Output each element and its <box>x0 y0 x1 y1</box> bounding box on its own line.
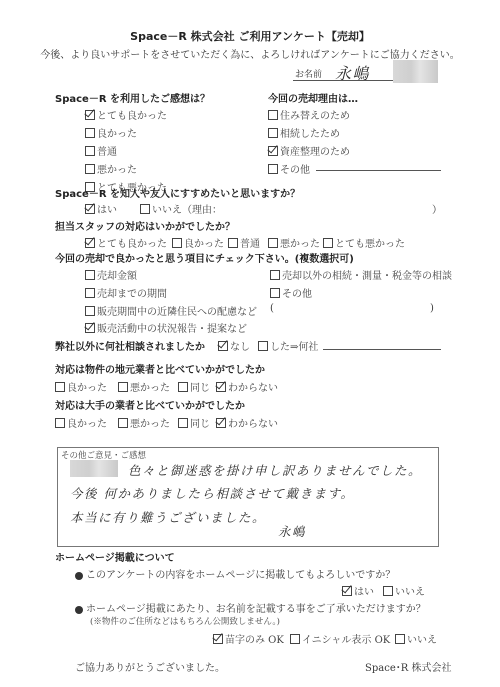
checkbox-icon[interactable] <box>323 238 333 248</box>
q2-option-2[interactable]: 資産整理のため <box>268 143 350 158</box>
checkbox-icon[interactable] <box>228 238 238 248</box>
checkbox-icon[interactable] <box>268 164 278 174</box>
homepage-q2-label: ホームページ掲載にあたり、お名前を記載する事をご了承いただけますか？ <box>75 600 426 615</box>
q5-option-1[interactable]: 売却までの期間 <box>85 285 167 300</box>
homepage-q2-option-no[interactable]: いいえ <box>395 631 437 646</box>
q7-option-3[interactable]: わからない <box>216 379 278 394</box>
checkbox-icon[interactable] <box>172 238 182 248</box>
comment-line-1: 色々と御迷惑を掛け申し訳ありませんでした。 <box>128 461 422 479</box>
checkbox-checked-icon[interactable] <box>85 204 95 214</box>
q5-option-0[interactable]: 売却金額 <box>85 267 137 282</box>
q7-option-0[interactable]: 良かった <box>55 379 107 394</box>
checkbox-icon[interactable] <box>258 341 268 351</box>
checkbox-icon[interactable] <box>178 382 188 392</box>
footer-thanks: ご協力ありがとうございました。 <box>75 659 225 674</box>
q1-option-2[interactable]: 普通 <box>85 143 117 158</box>
checkbox-icon[interactable] <box>85 270 95 280</box>
q4-option-1[interactable]: 良かった <box>172 235 224 250</box>
q7-option-2[interactable]: 同じ <box>178 379 210 394</box>
q5-option-2[interactable]: 販売期間中の近隣住民への配慮など <box>85 303 257 318</box>
q3-option-yes[interactable]: はい <box>85 201 117 216</box>
checkbox-icon[interactable] <box>268 128 278 138</box>
checkbox-icon[interactable] <box>268 238 278 248</box>
redacted-name <box>70 460 118 477</box>
q4-label: 担当スタッフの対応はいかがでしたか？ <box>55 218 235 233</box>
q4-option-0[interactable]: とても良かった <box>85 235 167 250</box>
homepage-heading: ホームページ掲載について <box>55 549 175 564</box>
q2-other-field[interactable] <box>316 170 441 171</box>
checkbox-icon[interactable] <box>290 634 300 644</box>
checkbox-checked-icon[interactable] <box>85 110 95 120</box>
q2-option-0[interactable]: 住み替えのため <box>268 107 350 122</box>
checkbox-checked-icon[interactable] <box>85 323 95 333</box>
q3-close-paren: ） <box>432 201 442 216</box>
checkbox-icon[interactable] <box>85 146 95 156</box>
homepage-q1-option-no[interactable]: いいえ <box>383 583 425 598</box>
q3-option-no[interactable]: いいえ（理由： <box>140 201 222 216</box>
checkbox-checked-icon[interactable] <box>85 238 95 248</box>
q4-option-2[interactable]: 普通 <box>228 235 260 250</box>
comment-signature: 永嶋 <box>278 522 306 540</box>
form-title: Space－R 株式会社 ご利用アンケート【売却】 <box>0 28 500 44</box>
homepage-q2-option-surname[interactable]: 苗字のみ OK <box>213 631 284 646</box>
q6-option-consulted[interactable]: した⇒何社 <box>258 338 318 353</box>
q2-label: 今回の売却理由は… <box>268 90 358 105</box>
q4-option-3[interactable]: 悪かった <box>268 235 320 250</box>
comment-line-3: 本当に有り難うございました。 <box>70 508 266 526</box>
checkbox-icon[interactable] <box>85 128 95 138</box>
q7-option-1[interactable]: 悪かった <box>118 379 170 394</box>
q5-option-3[interactable]: 販売活動中の状況報告・提案など <box>85 320 247 335</box>
checkbox-checked-icon[interactable] <box>218 341 228 351</box>
q1-option-0[interactable]: とても良かった <box>85 107 167 122</box>
q8-option-0[interactable]: 良かった <box>55 415 107 430</box>
bullet-icon <box>75 606 83 614</box>
q4-option-4[interactable]: とても悪かった <box>323 235 405 250</box>
checkbox-checked-icon[interactable] <box>216 382 226 392</box>
q5-option-5[interactable]: その他 <box>270 285 312 300</box>
checkbox-icon[interactable] <box>118 382 128 392</box>
comment-line-2: 今後 何かありましたら相談させて戴きます。 <box>70 484 354 502</box>
q8-option-3[interactable]: わからない <box>216 415 278 430</box>
homepage-q1-label: このアンケートの内容をホームページに掲載してもよろしいですか？ <box>75 566 395 581</box>
intro-text: 今後、より良いサポートをさせていただく為に、よろしければアンケートにご協力くださ… <box>0 46 500 61</box>
checkbox-icon[interactable] <box>55 418 65 428</box>
checkbox-icon[interactable] <box>178 418 188 428</box>
q6-count-field[interactable] <box>323 349 441 350</box>
bullet-icon <box>75 572 83 580</box>
name-underline <box>293 80 393 81</box>
q1-option-3[interactable]: 悪かった <box>85 161 137 176</box>
q8-label: 対応は大手の業者と比べていかがでしたか <box>55 397 245 412</box>
q5-option-4[interactable]: 売却以外の相続・測量・税金等の相談 <box>270 267 452 282</box>
name-label: お名前 <box>295 67 322 80</box>
q5-other-open-paren: ( <box>270 303 274 314</box>
checkbox-icon[interactable] <box>85 288 95 298</box>
checkbox-checked-icon[interactable] <box>268 146 278 156</box>
checkbox-icon[interactable] <box>268 110 278 120</box>
checkbox-icon[interactable] <box>270 288 280 298</box>
q2-option-3[interactable]: その他 <box>268 161 310 176</box>
checkbox-icon[interactable] <box>395 634 405 644</box>
q5-label: 今回の売却で良かったと思う項目にチェック下さい。(複数選択可) <box>55 250 354 265</box>
checkbox-checked-icon[interactable] <box>216 418 226 428</box>
checkbox-icon[interactable] <box>55 382 65 392</box>
checkbox-checked-icon[interactable] <box>213 634 223 644</box>
q1-option-1[interactable]: 良かった <box>85 125 137 140</box>
q6-label: 弊社以外に何社相談されましたか <box>55 338 205 353</box>
q5-other-close-paren: ) <box>430 303 434 314</box>
checkbox-icon[interactable] <box>140 204 150 214</box>
q7-label: 対応は物件の地元業者と比べていかがでしたか <box>55 361 265 376</box>
homepage-q2-note: (※物件のご住所などはもちろん公開致しません。) <box>90 615 280 627</box>
footer-company: Space･R 株式会社 <box>365 659 451 674</box>
q2-option-1[interactable]: 相続したため <box>268 125 340 140</box>
checkbox-icon[interactable] <box>85 306 95 316</box>
redacted-name <box>393 60 438 83</box>
checkbox-icon[interactable] <box>270 270 280 280</box>
checkbox-icon[interactable] <box>383 586 393 596</box>
checkbox-icon[interactable] <box>85 164 95 174</box>
homepage-q2-option-initials[interactable]: イニシャル表示 OK <box>290 631 390 646</box>
checkbox-icon[interactable] <box>118 418 128 428</box>
homepage-q1-option-yes[interactable]: はい <box>342 583 374 598</box>
q3-label: Space－R を知人や友人にすすめたいと思いますか？ <box>55 185 300 200</box>
q8-option-2[interactable]: 同じ <box>178 415 210 430</box>
q6-option-none[interactable]: なし <box>218 338 250 353</box>
checkbox-checked-icon[interactable] <box>342 586 352 596</box>
q1-label: Space－R を利用したご感想は？ <box>55 90 210 105</box>
q8-option-1[interactable]: 悪かった <box>118 415 170 430</box>
